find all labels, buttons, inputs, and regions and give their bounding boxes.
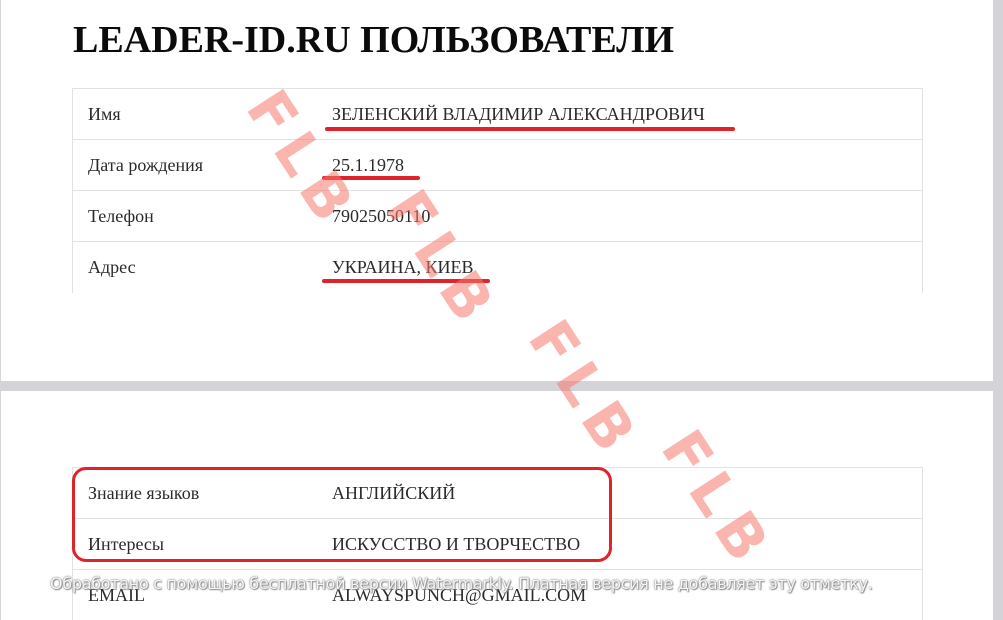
annotation-underline-name (325, 127, 735, 131)
panel-divider (0, 381, 1003, 391)
annotation-highlight-box (72, 467, 612, 562)
table-row-name: Имя ЗЕЛЕНСКИЙ ВЛАДИМИР АЛЕКСАНДРОВИЧ (73, 89, 922, 140)
profile-table-top: Имя ЗЕЛЕНСКИЙ ВЛАДИМИР АЛЕКСАНДРОВИЧ Дат… (72, 88, 923, 293)
field-label: Адрес (73, 257, 332, 278)
table-row-birthdate: Дата рождения 25.1.1978 (73, 140, 922, 191)
field-value-name: ЗЕЛЕНСКИЙ ВЛАДИМИР АЛЕКСАНДРОВИЧ (332, 104, 705, 125)
page-title: LEADER-ID.RU ПОЛЬЗОВАТЕЛИ (73, 18, 674, 62)
right-edge-divider (993, 0, 1003, 620)
table-row-phone: Телефон 79025050110 (73, 191, 922, 242)
watermark-notice: Обработано с помощью бесплатной версии W… (50, 574, 960, 593)
